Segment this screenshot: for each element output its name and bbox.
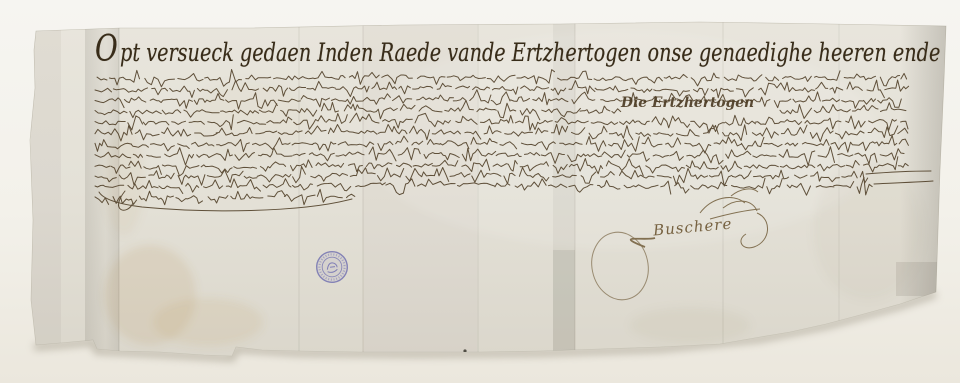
header-calligraphy-line: Opt versueck gedaen Inden Raede vande Er… [95,30,746,72]
photographed-parchment-charter: Opt versueck gedaen Inden Raede vande Er… [0,0,960,383]
body-highlight-phrase: Die Ertzhertogen [621,95,771,111]
